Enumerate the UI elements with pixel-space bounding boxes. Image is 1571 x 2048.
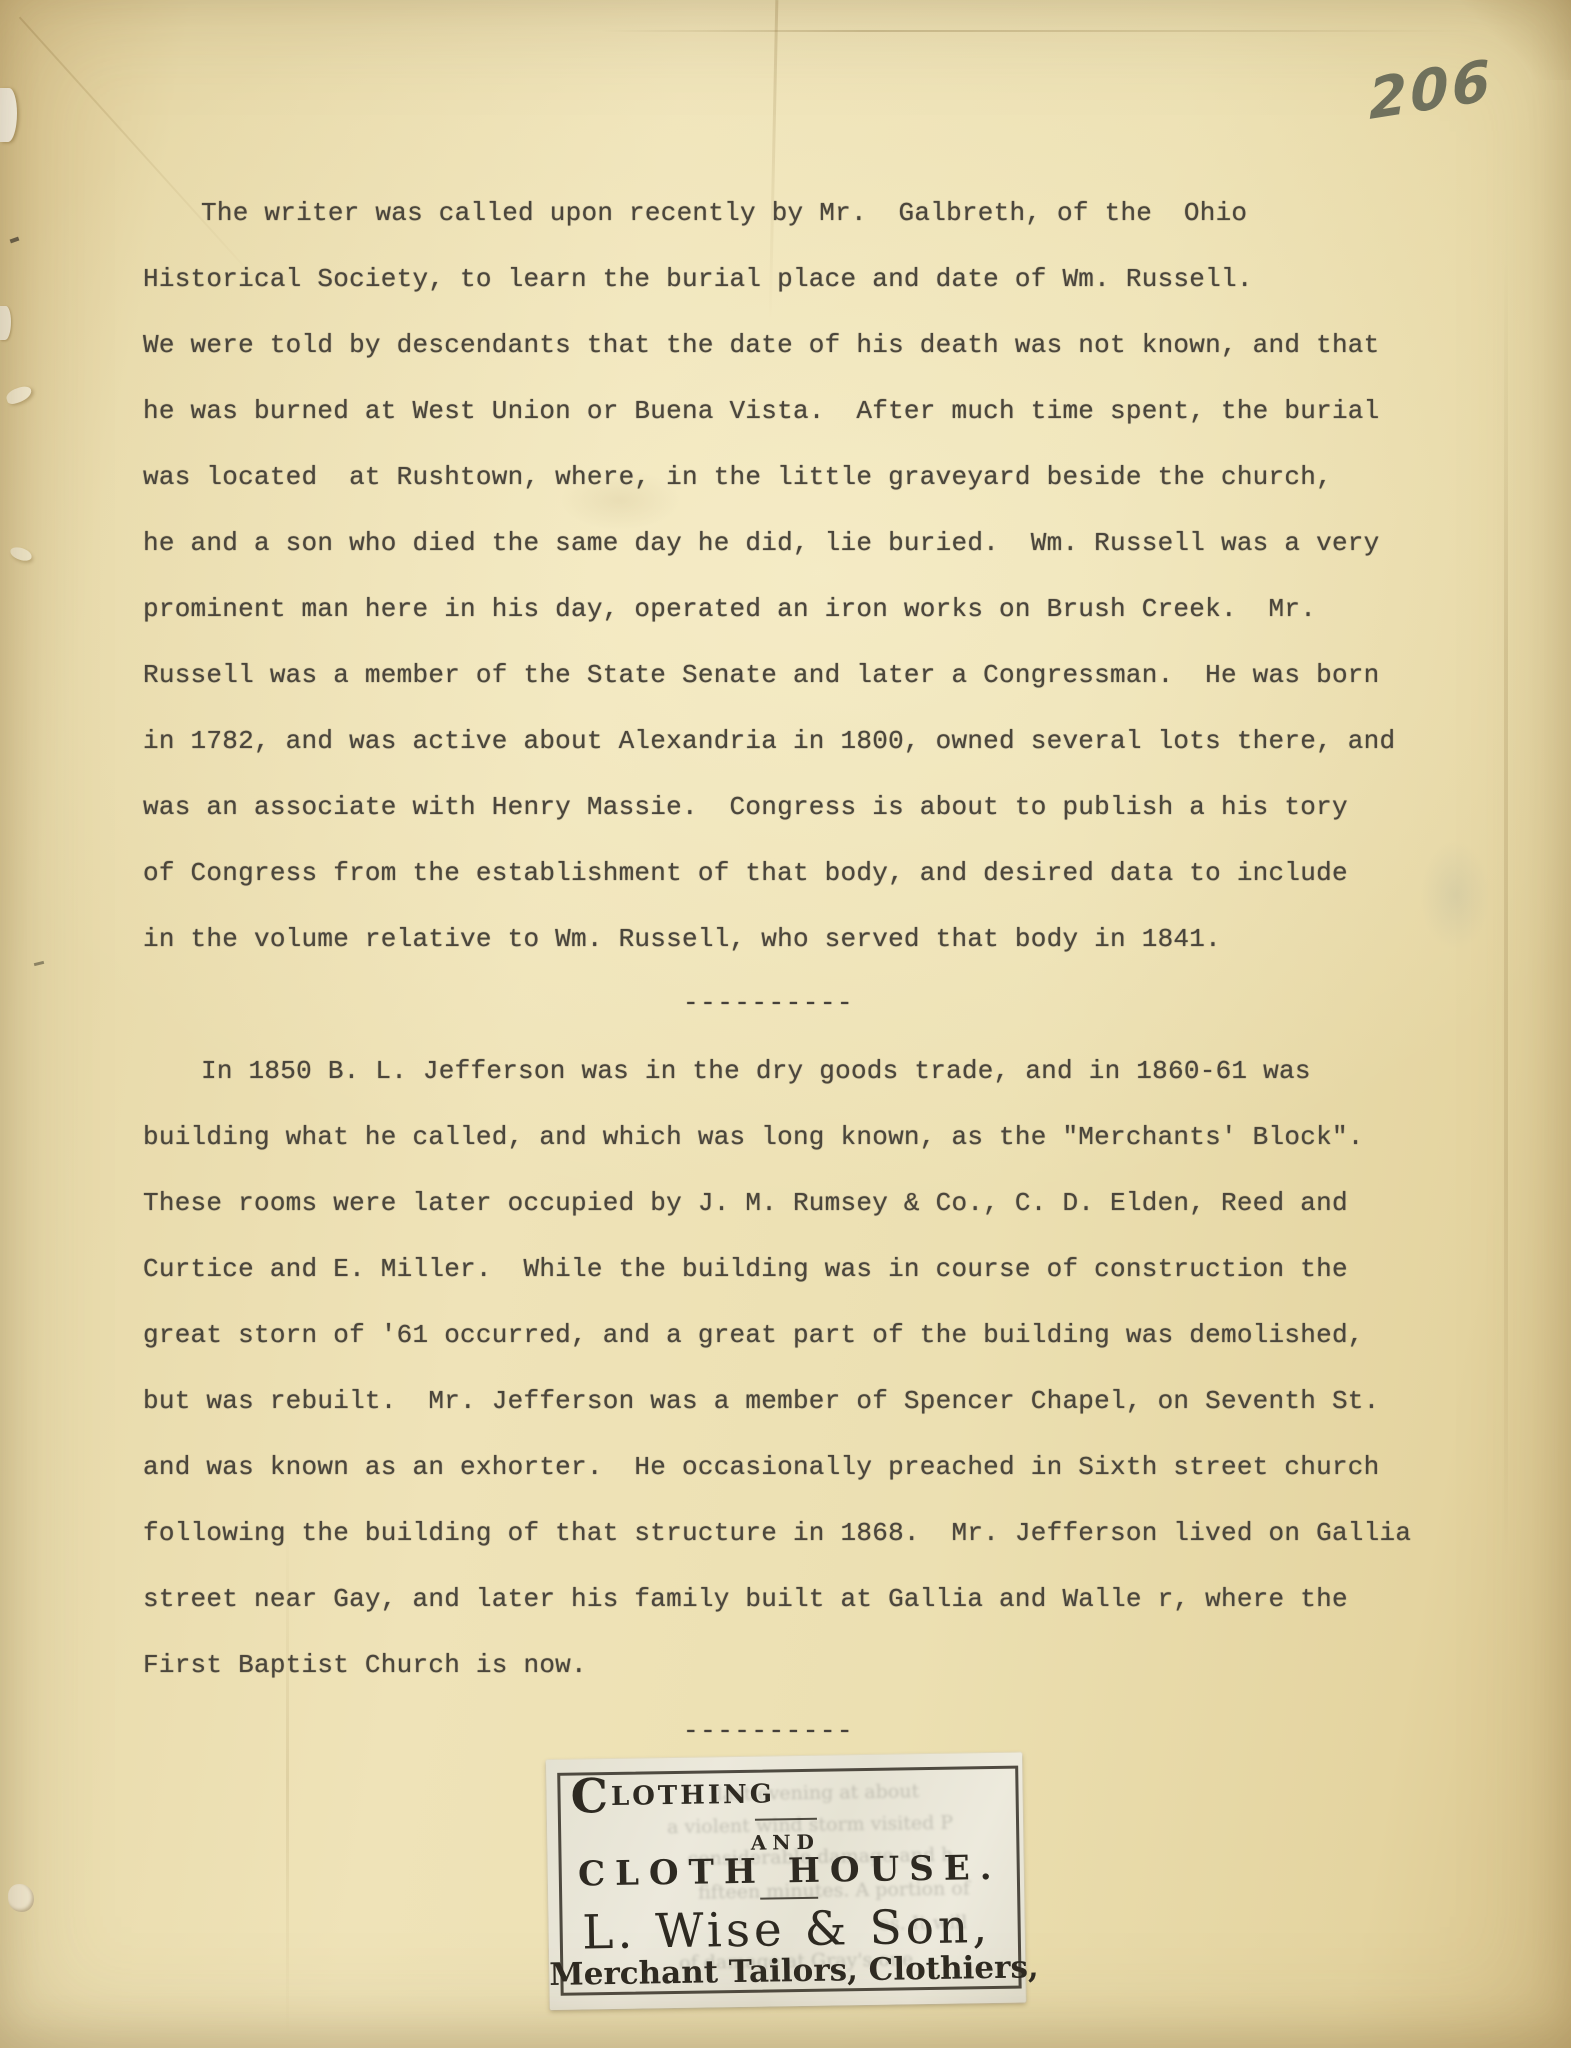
dashed-separator: ---------- bbox=[683, 1698, 854, 1764]
crease-mark bbox=[1504, 260, 1508, 1560]
typewritten-line: in 1782, and was active about Alexandria… bbox=[143, 708, 1473, 774]
stray-ink-mark bbox=[34, 961, 44, 966]
handwritten-page-number: 206 bbox=[1368, 48, 1495, 133]
typewritten-line: street near Gay, and later his family bu… bbox=[143, 1566, 1473, 1632]
paper-crease-flap bbox=[4, 384, 33, 405]
typewritten-line: great storn of '61 occurred, and a great… bbox=[143, 1302, 1473, 1368]
typewritten-line: The writer was called upon recently by M… bbox=[143, 180, 1473, 246]
typewritten-paragraph-2: In 1850 B. L. Jefferson was in the dry g… bbox=[143, 1038, 1473, 1698]
typewritten-line: following the building of that structure… bbox=[143, 1500, 1473, 1566]
typewritten-line: he and a son who died the same day he di… bbox=[143, 510, 1473, 576]
paper-tear bbox=[0, 306, 11, 340]
dashed-separator: ---------- bbox=[683, 970, 854, 1036]
newspaper-clipping: last evening at about a violent wind sto… bbox=[546, 1753, 1026, 2010]
typewritten-line: was an associate with Henry Massie. Cong… bbox=[143, 774, 1473, 840]
typewritten-line: prominent man here in his day, operated … bbox=[143, 576, 1473, 642]
typewritten-paragraph-1: The writer was called upon recently by M… bbox=[143, 180, 1473, 972]
typewritten-line: First Baptist Church is now. bbox=[143, 1632, 1473, 1698]
typewritten-line: of Congress from the establishment of th… bbox=[143, 840, 1473, 906]
typewritten-line: in the volume relative to Wm. Russell, w… bbox=[143, 906, 1473, 972]
scanned-page: 206 The writer was called upon recently … bbox=[0, 0, 1571, 2048]
typewritten-line: Historical Society, to learn the burial … bbox=[143, 246, 1473, 312]
clipping-tagline: Merchant Tailors, Clothiers, bbox=[549, 1949, 1026, 1992]
typewritten-line: but was rebuilt. Mr. Jefferson was a mem… bbox=[143, 1368, 1473, 1434]
stray-ink-mark bbox=[10, 237, 20, 244]
clipping-headline-initial: C bbox=[570, 1769, 611, 1825]
typewritten-line: These rooms were later occupied by J. M.… bbox=[143, 1170, 1473, 1236]
typewritten-line: Curtice and E. Miller. While the buildin… bbox=[143, 1236, 1473, 1302]
typewritten-line: building what he called, and which was l… bbox=[143, 1104, 1473, 1170]
typewritten-line: and was known as an exhorter. He occasio… bbox=[143, 1434, 1473, 1500]
paper-tear bbox=[8, 1884, 34, 1912]
typewritten-line: We were told by descendants that the dat… bbox=[143, 312, 1473, 378]
clipping-headline-rest: LOTHING bbox=[611, 1779, 775, 1812]
typewritten-line: was located at Rushtown, where, in the l… bbox=[143, 444, 1473, 510]
clipping-headline: CLOTHING bbox=[570, 1774, 775, 1817]
clipping-title: CLOTH HOUSE. bbox=[547, 1848, 1024, 1895]
paper-crease-flap bbox=[9, 546, 33, 562]
typewritten-line: In 1850 B. L. Jefferson was in the dry g… bbox=[143, 1038, 1473, 1104]
typewritten-line: he was burned at West Union or Buena Vis… bbox=[143, 378, 1473, 444]
typewritten-line: Russell was a member of the State Senate… bbox=[143, 642, 1473, 708]
crease-mark bbox=[600, 30, 1480, 32]
paper-tear bbox=[0, 88, 17, 142]
